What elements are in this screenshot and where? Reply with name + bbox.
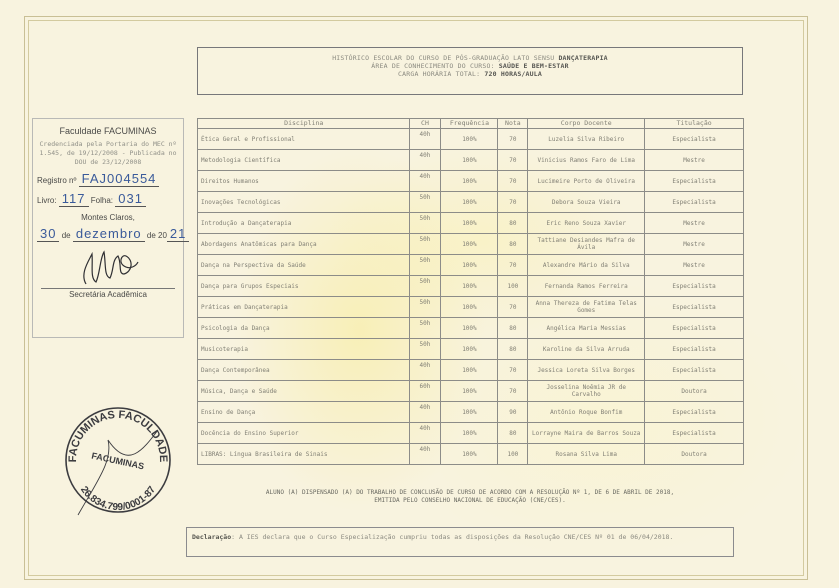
city: Montes Claros,: [33, 213, 183, 222]
table-row: Música, Dança e Saúde 60h 100% 70 Jossel…: [198, 381, 744, 402]
registro-line: Registro nº FAJ004554: [33, 171, 183, 187]
course-header: HISTÓRICO ESCOLAR DO CURSO DE PÓS-GRADUA…: [197, 47, 743, 95]
header-ch: CH: [409, 119, 441, 129]
table-row: LIBRAS: Língua Brasileira de Sinais 40h …: [198, 444, 744, 465]
signature-scribble-icon: [78, 244, 148, 290]
header-nota: Nota: [498, 119, 528, 129]
declaration-label: Declaração: [192, 533, 231, 541]
table-row: Dança para Grupos Especiais 50h 100% 100…: [198, 276, 744, 297]
table-row: Direitos Humanos 40h 100% 70 Lucimeire P…: [198, 171, 744, 192]
table-row: Ensino de Dança 40h 100% 90 Antônio Roqu…: [198, 402, 744, 423]
livro-folha-line: Livro: 117 Folha: 031: [33, 191, 183, 207]
signature: [33, 242, 183, 288]
registration-box: Faculdade FACUMINAS Credenciada pela Por…: [32, 118, 184, 338]
header-titulacao: Titulação: [645, 119, 744, 129]
table-row: Introdução a Dançaterapia 50h 100% 80 Er…: [198, 213, 744, 234]
header-docente: Corpo Docente: [528, 119, 645, 129]
document-page: HISTÓRICO ESCOLAR DO CURSO DE PÓS-GRADUA…: [0, 0, 839, 588]
table-header-row: Disciplina CH Frequência Nota Corpo Doce…: [198, 119, 744, 129]
total-hours: 720 HORAS/AULA: [484, 70, 542, 78]
declaration-text: : A IES declara que o Curso Especializaç…: [231, 533, 673, 541]
tcc-exemption-note: ALUNO (A) DISPENSADO (A) DO TRABALHO DE …: [197, 489, 743, 505]
table-row: Metodologia Científica 40h 100% 70 Vinic…: [198, 150, 744, 171]
course-name: DANÇATERAPIA: [558, 54, 607, 62]
table-row: Dança na Perspectiva da Saúde 50h 100% 7…: [198, 255, 744, 276]
svg-text:26.834.799/0001-87: 26.834.799/0001-87: [78, 484, 158, 513]
date-line: 30 de dezembro de 2021: [33, 226, 183, 242]
date-day: 30: [37, 226, 59, 242]
knowledge-area: SAÚDE E BEM-ESTAR: [499, 62, 569, 70]
header-line-1: HISTÓRICO ESCOLAR DO CURSO DE PÓS-GRADUA…: [198, 54, 742, 62]
date-year: 21: [167, 226, 189, 242]
date-month: dezembro: [73, 226, 145, 242]
signature-role: Secretária Acadêmica: [33, 290, 183, 299]
table-row: Ética Geral e Profissional 40h 100% 70 L…: [198, 129, 744, 150]
folha-number: 031: [115, 191, 146, 207]
livro-number: 117: [59, 191, 89, 207]
header-line-2: ÁREA DE CONHECIMENTO DO CURSO: SAÚDE E B…: [198, 62, 742, 70]
header-disciplina: Disciplina: [198, 119, 410, 129]
table-row: Psicologia da Dança 50h 100% 80 Angélica…: [198, 318, 744, 339]
declaration-box: Declaração: A IES declara que o Curso Es…: [186, 527, 734, 557]
table-row: Docência do Ensino Superior 40h 100% 80 …: [198, 423, 744, 444]
registro-number: FAJ004554: [79, 171, 160, 187]
table-row: Musicoterapia 50h 100% 80 Karoline da Si…: [198, 339, 744, 360]
table-row: Dança Contemporânea 40h 100% 70 Jessica …: [198, 360, 744, 381]
grades-table: Disciplina CH Frequência Nota Corpo Doce…: [197, 118, 744, 465]
table-row: Abordagens Anatômicas para Dança 50h 100…: [198, 234, 744, 255]
table-row: Inovações Tecnológicas 50h 100% 70 Debor…: [198, 192, 744, 213]
institution-credential: Credenciada pela Portaria do MEC nº 1.54…: [33, 140, 183, 167]
svg-text:FACUMINAS: FACUMINAS: [91, 451, 145, 472]
header-frequencia: Frequência: [441, 119, 498, 129]
institution-stamp-icon: FACUMINAS FACULDADE 26.834.799/0001-87 F…: [58, 400, 178, 520]
institution-name: Faculdade FACUMINAS: [33, 126, 183, 136]
table-row: Práticas em Dançaterapia 50h 100% 70 Ann…: [198, 297, 744, 318]
header-line-3: CARGA HORÁRIA TOTAL: 720 HORAS/AULA: [198, 70, 742, 78]
